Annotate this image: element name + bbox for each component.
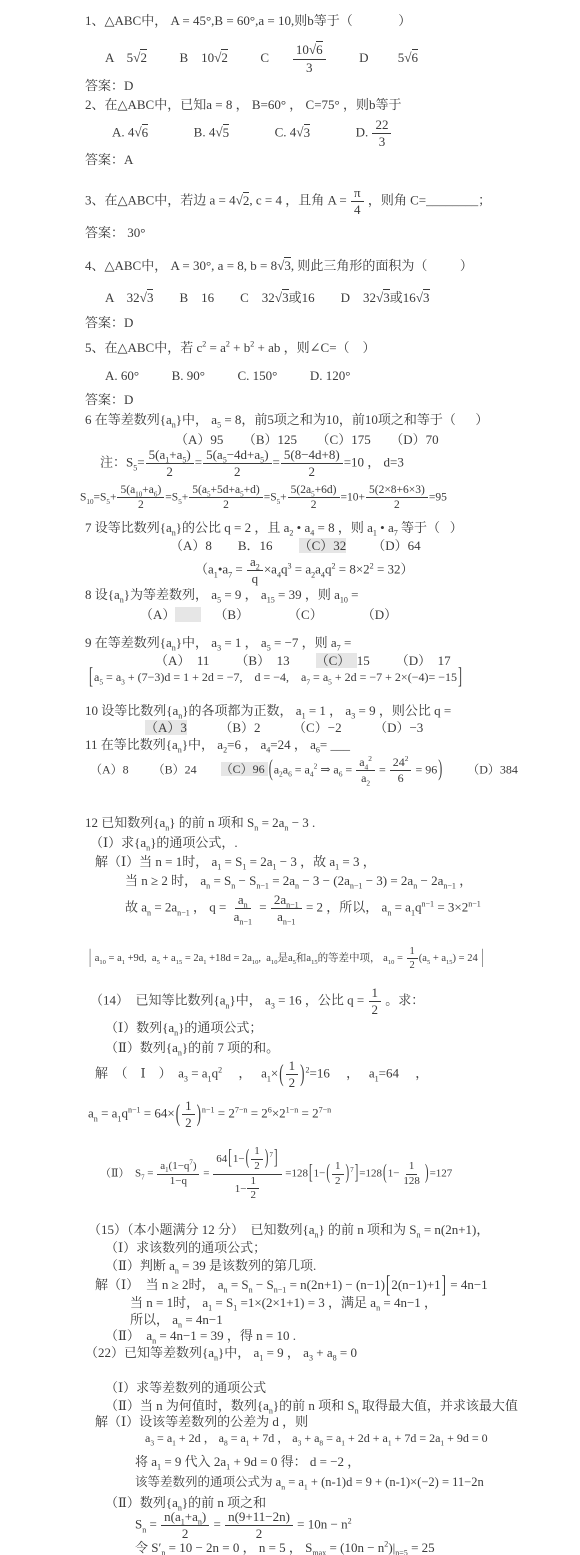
text-run: }中， a [230, 993, 271, 1008]
superscript: 7 [350, 1167, 353, 1174]
text-run: = a [206, 340, 226, 355]
text-run: − 3) = 2a [362, 873, 413, 888]
fraction: 12 [251, 1145, 263, 1174]
radical-sign-icon: √ [236, 193, 243, 208]
fraction-numerator: 2an−1 [271, 892, 302, 909]
text-run: B 10 [147, 50, 214, 65]
text-run: × [271, 1066, 278, 1081]
fraction-denominator: 1−q [167, 1175, 190, 1189]
text-run: + a [430, 953, 446, 964]
superscript: 2 [405, 754, 409, 763]
text-run: −4d+a [227, 447, 260, 462]
fraction-numerator: 10√6 [293, 42, 326, 60]
text-run: 2 [372, 1002, 379, 1017]
text-run: = S [210, 873, 231, 888]
text-run: = 1 ， a [221, 635, 267, 650]
fraction: 12 [407, 945, 418, 972]
text-run: − S [253, 1277, 274, 1292]
document-line: 1、△ABC中， A = 45°,B = 60°,a = 10,则b等于（ ） [85, 13, 411, 29]
fraction: 2an−1an−1 [271, 892, 302, 926]
sqrt-expression: √2 [214, 49, 228, 65]
subscript: 15 [267, 596, 275, 605]
text-run: A. 60° B. 90° C. 150° D. 120° [105, 368, 350, 383]
fraction-denominator: 3 [303, 60, 316, 76]
subscript: 4 [310, 770, 314, 779]
fraction-numerator: 1 [369, 985, 382, 1002]
document-line: 解（Ⅰ） 当 n ≥ 2时， an = Sn − Sn−1 = n(2n+1) … [95, 1277, 488, 1293]
sqrt-expression: √3 [275, 289, 289, 305]
text-run: 6 在等差数列{a [85, 412, 172, 427]
text-run: = [232, 562, 246, 577]
text-run: 解（Ⅰ）设该等差数列的公差为 d ，则 [95, 1414, 308, 1429]
subscript: 2 [256, 563, 260, 572]
document-line: 该等差数列的通项公式为 an = a1 + (n-1)d = 9 + (n-1)… [135, 1475, 484, 1491]
superscript: 7−n [235, 1105, 248, 1114]
fraction: a2q [247, 554, 263, 588]
text-run: 2 [289, 1075, 296, 1090]
text-run: 10 [296, 42, 309, 57]
text-run: + 2d + a [345, 1431, 388, 1445]
text-run: }的前 n 项和 S [273, 1398, 355, 1413]
text-run: 8 设{a [85, 587, 120, 602]
text-run: , 则此三角形的面积为（ ） [291, 258, 473, 273]
text-run: 答案：D [85, 392, 133, 407]
document-line: （A） （B） （C） （D） [140, 607, 397, 623]
text-run: 12 已知数列{a [85, 815, 165, 830]
fraction: π4 [351, 185, 364, 219]
superscript: 2 [368, 754, 372, 763]
fraction: 5(8−4d+8)2 [281, 447, 343, 481]
text-run: 2 [138, 499, 144, 511]
text-run: •a [218, 562, 228, 577]
text-run: ) [264, 447, 268, 462]
text-run: 5(8−4d+8) [284, 447, 340, 462]
text-run: 是a [277, 953, 292, 964]
text-run: 故 a [125, 900, 147, 915]
subscript: n−1 [350, 882, 363, 891]
text-run: − 3 . [288, 815, 315, 830]
text-run: = 39 ，则 a [275, 587, 340, 602]
text-run: （Ⅰ）求该数列的通项公式； [105, 1240, 266, 1255]
text-run: =64 ， [379, 1066, 429, 1081]
text-run: = 16 ，公比 q = [275, 993, 368, 1008]
document-line: 3、在△ABC中，若边 a = 4√2, c = 4 ，且角 A = π4 ，则… [85, 185, 491, 219]
fraction-denominator: 2 [247, 1189, 259, 1203]
fraction-numerator: a42 [356, 755, 375, 771]
fraction-numerator: an [235, 892, 251, 909]
text-run: 1 [372, 985, 379, 1000]
text-run: = 8×2 [335, 562, 369, 577]
subscript: 10 [86, 498, 93, 506]
text-run: ，则角 C=________； [365, 193, 492, 208]
fraction: 5(a5−4d+a5)2 [203, 447, 271, 481]
text-run: = 2 ，所以， a [303, 900, 388, 915]
text-run: 9 在等差数列{a [85, 635, 172, 650]
text-run: = 3 ， [339, 854, 376, 869]
text-run: + [182, 492, 189, 504]
big-delimiter: ) [425, 1161, 429, 1187]
text-run: π [354, 185, 361, 200]
text-run: = a [292, 762, 310, 776]
text-run: 2 [394, 499, 400, 511]
fraction-numerator: 5(8−4d+8) [281, 447, 343, 464]
text-run: =24 ， a [270, 737, 316, 752]
text-run: n(9+11−2n) [228, 1509, 290, 1524]
fraction-numerator: a1(1−q7) [157, 1160, 199, 1175]
text-run: +6d) [315, 484, 337, 496]
text-run: =128 [359, 1168, 382, 1180]
fraction-denominator: 2 [231, 464, 244, 480]
text-run: （Ⅱ） S [100, 1168, 141, 1180]
text-run: （22）已知等差数列{a [85, 1345, 214, 1360]
text-run: （a [195, 562, 214, 577]
text-run: （15）（本小题满分 12 分） 已知数列{a [88, 1222, 315, 1237]
radical-sign-icon: √ [404, 50, 411, 65]
text-run: （A）95 （B）125 （C）175 （D）70 [175, 432, 439, 447]
document-line: （22）已知等差数列{an}中， a1 = 9 ， a3 + a8 = 0 [85, 1345, 357, 1361]
fraction-denominator: q [249, 571, 262, 587]
fraction-denominator: 2 [251, 1160, 263, 1174]
text-run: 2 [250, 1189, 256, 1201]
text-run: = 9 ， a [221, 587, 267, 602]
text-run: = 8 ，则 a [314, 520, 373, 535]
document-line: 11 在等比数列{an}中， a2=6 ， a4=24 ， a6= ___ [85, 737, 350, 753]
subscript: n−1 [256, 882, 269, 891]
document-line: 8 设{an}为等差数列， a5 = 9 ， a15 = 39 ，则 a10 = [85, 587, 359, 603]
radicand: 6 [316, 41, 323, 57]
text-run: （A）8 （B）24 [90, 762, 221, 776]
text-run: 2 [223, 499, 229, 511]
text-run: 1− [235, 1182, 247, 1194]
text-run: 2(n−1)+1 [391, 1277, 440, 1292]
text-run: （14） 已知等比数列{a [90, 993, 226, 1008]
text-run: 10 设等比数列{a [85, 703, 178, 718]
text-run: = [210, 1517, 224, 1532]
document-line: an = a1qn−1 = 64×(12)n−1 = 27−n = 26×21−… [88, 1098, 331, 1132]
document-line: Sn = n(a1+an)2 = n(9+11−2n)2 = 10n − n2 [135, 1509, 352, 1543]
sqrt-expression: √3 [376, 289, 390, 305]
text-run: 15 （D） 17 [357, 653, 451, 668]
text-run: + b [230, 340, 250, 355]
radicand: 6 [412, 49, 419, 65]
text-run: • a [377, 520, 394, 535]
text-run: =S [165, 492, 178, 504]
text-run: 1−q [170, 1175, 187, 1187]
text-run: − 2a [417, 873, 443, 888]
text-run: 1、△ABC中， A = 45°,B = 60°,a = 10,则b等于（ ） [85, 13, 411, 28]
text-run: （B） （C） （D） [201, 607, 397, 622]
text-run: 2 [185, 1115, 192, 1130]
fraction: a1(1−q7)1−q [157, 1160, 199, 1189]
text-run: =1×(2×1+1) = 3 ，满足 a [237, 1295, 376, 1310]
text-run: （A）8 B．16 [170, 538, 299, 553]
text-run: }中， a [182, 737, 223, 752]
text-run: 2 [182, 1526, 189, 1541]
text-run: 3 [306, 60, 313, 75]
radical-sign-icon: √ [134, 125, 141, 140]
text-run: 或16 D 32 [289, 290, 376, 305]
sqrt-expression: √6 [404, 49, 418, 65]
text-run: }中， a [176, 412, 217, 427]
text-run: ×2 [272, 1106, 286, 1121]
fraction-denominator: 2 [407, 959, 418, 972]
text-run: = [341, 635, 352, 650]
text-run: ×a [264, 562, 277, 577]
text-run: }的各项都为正数， a [182, 703, 301, 718]
fraction-denominator: 3 [376, 134, 389, 150]
text-run: =10 ， d=3 [344, 455, 404, 470]
fraction: 5(2×8+6×3)2 [366, 483, 428, 513]
text-run: 1 [409, 1160, 415, 1172]
subscript: n−1 [177, 908, 190, 917]
text-run: = 2a [182, 953, 203, 964]
fraction: 1128 [400, 1160, 423, 1189]
text-run: 1− [314, 1168, 326, 1180]
text-run: ) [202, 1509, 206, 1524]
text-run: = 32） [374, 562, 414, 577]
fraction-denominator: 2 [332, 1175, 344, 1189]
text-run: 2 [166, 464, 173, 479]
text-run: ， a [222, 1066, 267, 1081]
document-line: （Ⅱ） S7 = a1(1−q7)1−q = 64[1−(12)7]1−12 =… [100, 1145, 452, 1203]
superscript: n−1 [468, 899, 481, 908]
superscript: n−1 [128, 1105, 141, 1114]
document-line: （Ⅰ）求该数列的通项公式； [105, 1240, 266, 1256]
text-run: 3、在△ABC中，若边 a = 4 [85, 193, 236, 208]
fraction: a42a2 [356, 755, 375, 786]
document-line: 答案：D [85, 392, 133, 408]
text-run: 该等差数列的通项公式为 a [135, 1475, 281, 1489]
text-run: = 39 是该数列的第几项. [179, 1258, 316, 1273]
text-run: 6 [398, 771, 404, 785]
text-run: A 5 [105, 50, 133, 65]
document-line: （A） 11 （B） 13 （C） 15 （D） 17 [155, 653, 451, 669]
text-run: 5(a [192, 484, 207, 496]
subscript: 2 [366, 778, 370, 787]
radical-sign-icon: √ [416, 290, 423, 305]
fraction-numerator: 1 [286, 1058, 299, 1075]
text-run: − S [235, 873, 256, 888]
document-line: （A）8 B．16 （C）32 （D）64 [170, 538, 421, 554]
text-run: − 3 ，故 a [277, 854, 336, 869]
text-run: = a [292, 562, 312, 577]
document-line: （14） 已知等比数列{an}中， a3 = 16 ，公比 q = 12 。求： [90, 985, 424, 1019]
text-run: = 2a [258, 815, 284, 830]
text-run: =S [94, 492, 107, 504]
text-run: C. 4 [229, 125, 296, 140]
text-run: = a [228, 1431, 246, 1445]
fraction-denominator: 2 [220, 498, 232, 512]
text-run: = [342, 762, 355, 776]
subscript: 10 [340, 596, 348, 605]
fraction-numerator: 64[1−(12)7] [213, 1145, 281, 1175]
document-line: 当 n = 1时， a1 = S1 =1×(2×1+1) = 3 ，满足 an … [130, 1295, 437, 1311]
fraction: 5(a10+a6)2 [117, 483, 164, 513]
text-run: （Ⅱ）判断 a [105, 1258, 175, 1273]
text-run: =128 [283, 1168, 308, 1180]
fraction: 12 [332, 1160, 344, 1189]
text-run: = a [323, 1431, 341, 1445]
text-run: 1 [289, 1058, 296, 1073]
text-run: A 32 [105, 290, 140, 305]
text-run: = 96 [412, 762, 437, 776]
text-run: = a [154, 1431, 172, 1445]
document-line: 7 设等比数列{an}的公比 q = 2 ，且 a2 • a4 = 8 ，则 a… [85, 520, 463, 536]
text-run: 5、在△ABC中，若 c [85, 340, 202, 355]
fraction-denominator: 2 [391, 498, 403, 512]
document-line: | a10 = a1 +9d, a5 + a15 = 2a1 +18d = 2a… [88, 945, 484, 972]
text-run: 5(2a [291, 484, 311, 496]
text-run: = 3×2 [434, 900, 468, 915]
fraction-denominator: 1−12 [232, 1175, 263, 1204]
text-run: +a [185, 1509, 198, 1524]
text-run: 所以， a [130, 1312, 178, 1327]
subscript: n−1 [239, 918, 252, 927]
big-delimiter: ( [269, 755, 273, 784]
text-run: = [348, 587, 359, 602]
fraction-denominator: 2 [135, 498, 147, 512]
superscript: 7−n [319, 1105, 332, 1114]
subscript: n [244, 901, 248, 910]
fraction-numerator: 5(a5+5d+a5+d) [189, 483, 262, 498]
fraction-numerator: 242 [390, 755, 412, 771]
text-run: = [195, 455, 202, 470]
fraction: n(a1+an)2 [161, 1509, 209, 1543]
text-run: + 7d = 2a [392, 1431, 441, 1445]
fraction: 5(2a5+6d)2 [288, 483, 340, 513]
document-line: 答案：D [85, 315, 133, 331]
text-run: + a [313, 1345, 333, 1360]
document-line: 2、在△ABC中，已知a = 8 ， B=60° ， C=75° ，则b等于 [85, 97, 401, 113]
superscript: n−1 [421, 899, 434, 908]
text-run: 取得最大值，并求该最大值 [359, 1398, 518, 1413]
text-run: = ___ [320, 737, 350, 752]
text-run: 5(a [120, 484, 135, 496]
sqrt-expression: √6 [134, 124, 148, 140]
text-run: + a [160, 953, 176, 964]
text-run: 3 [379, 134, 386, 149]
big-delimiter: ( [246, 1146, 250, 1172]
text-run: = 25 [408, 1540, 435, 1555]
text-run: (a [419, 953, 427, 964]
fraction: 64[1−(12)7]1−12 [213, 1145, 281, 1203]
text-run: = a [391, 900, 411, 915]
text-run: 22 [375, 117, 388, 132]
text-run: }的公比 q = 2 ，且 a [176, 520, 290, 535]
text-run: 将 a [135, 1454, 157, 1469]
text-run: 当 n ≥ 2 时， a [125, 873, 206, 888]
text-run: + (n-1)d = 9 + (n-1)×(−2) = 11−2n [308, 1475, 484, 1489]
text-run: = [200, 1168, 212, 1180]
document-line: 9 在等差数列{an}中， a3 = 1 ， a5 = −7 ，则 a7 = [85, 635, 351, 651]
document-line: （A）3 （B）2 （C）−2 （D）−3 [145, 720, 423, 736]
text-run: 11 在等比数列{a [85, 737, 178, 752]
text-run: +9d, a [125, 953, 157, 964]
document-line: 12 已知数列{an} 的前 n 项和 Sn = 2an − 3 . [85, 815, 315, 831]
text-run: （A） 11 （B） 13 [155, 653, 316, 668]
text-run: ) = 24 [453, 953, 481, 964]
big-delimiter: [ [89, 663, 93, 692]
document-line: 当 n ≥ 2 时， an = Sn − Sn−1 = 2an − 3 − (2… [125, 873, 472, 889]
fraction: 12 [247, 1175, 259, 1204]
document-line: A 5√2 B 10√2 C 10√63 D 5√6 [105, 42, 418, 76]
document-line: （Ⅰ）数列{an}的通项公式； [105, 1020, 262, 1036]
text-run: }的前 7 项的和。 [182, 1040, 279, 1055]
text-run: = 4n−1 [182, 1312, 223, 1327]
superscript: 7 [269, 1152, 272, 1159]
text-run: 4、△ABC中， A = 30°, a = 8, b = 8 [85, 258, 277, 273]
big-delimiter: ) [438, 755, 442, 784]
document-line: 答案：A [85, 152, 133, 168]
text-run: 当 n = 1时， a [130, 1295, 208, 1310]
text-run: ) [186, 447, 190, 462]
radical-sign-icon: √ [140, 290, 147, 305]
document-line: 答案：D [85, 78, 133, 94]
text-run: 5(a [149, 447, 166, 462]
text-run: = a [98, 1106, 118, 1121]
text-run: 解（Ⅰ）当 n = 1时， a [95, 854, 217, 869]
text-run: + [110, 492, 117, 504]
big-delimiter: ( [279, 1058, 283, 1089]
subscript: max [312, 1549, 326, 1555]
subscript: n−1 [274, 1286, 287, 1295]
document-line: a3 = a1 + 2d ， a8 = a1 + 7d ， a3 + a8 = … [145, 1431, 488, 1446]
fraction-numerator: 1 [332, 1160, 344, 1175]
text-run: − 3 − (2a [299, 873, 350, 888]
big-delimiter: ] [442, 1269, 446, 1300]
document-line: （Ⅱ） an = 4n−1 = 39 ，得 n = 10 . [105, 1328, 296, 1344]
text-run [175, 607, 201, 622]
text-run: （Ⅱ）数列{a [105, 1495, 178, 1510]
text-run: 的等差中项， a [318, 953, 388, 964]
big-delimiter: ( [326, 1161, 330, 1187]
text-run: + 7d ， a [250, 1431, 298, 1445]
radical-sign-icon: √ [275, 290, 282, 305]
text-run: 解（Ⅰ） 当 n ≥ 2时， a [95, 1277, 224, 1292]
fraction: 5(a1+a5)2 [146, 447, 194, 481]
text-run: 1 [254, 1145, 260, 1157]
text-run: = S [212, 1295, 233, 1310]
text-run: 答案：A [85, 152, 133, 167]
text-run: = [145, 1168, 157, 1180]
fraction-numerator: a2 [247, 554, 263, 571]
text-run: = −7 ，则 a [271, 635, 337, 650]
big-delimiter: ) [346, 1161, 350, 1187]
text-run: , c = 4 ，且角 A = [249, 193, 350, 208]
document-line: （Ⅱ）当 n 为何值时，数列{an}的前 n 项和 Sn 取得最大值，并求该最大… [105, 1398, 518, 1414]
big-delimiter: | [89, 946, 91, 971]
sqrt-expression: √3 [296, 124, 310, 140]
fraction: anan−1 [231, 892, 255, 926]
text-run: C [228, 50, 292, 65]
document-line: （Ⅱ）判断 an = 39 是该数列的第几项. [105, 1258, 316, 1274]
text-run: = 1 ， a [306, 703, 352, 718]
fraction-numerator: 5(2a5+6d) [288, 483, 340, 498]
text-run: 2 [234, 464, 241, 479]
text-run: +18d = 2a [207, 953, 252, 964]
document-line: （a1•a7 = a2q×a4q3 = a2a4q2 = 8×22 = 32） [195, 554, 414, 588]
text-run: （Ⅰ）数列{a [105, 1020, 174, 1035]
text-run: 1 [410, 946, 415, 957]
document-line: 注：S5=5(a1+a5)2=5(a5−4d+a5)2=5(8−4d+8)2=1… [100, 447, 404, 481]
text-run: +5d+a [211, 484, 241, 496]
fraction-denominator: 2 [369, 1002, 382, 1018]
document-line: S10=S5+5(a10+a6)2=S5+5(a5+5d+a5+d)2=S5+5… [80, 483, 447, 513]
big-delimiter: ) [197, 1098, 201, 1129]
text-run: 和a [296, 953, 311, 964]
fraction: n(9+11−2n)2 [225, 1509, 293, 1543]
text-run: = 0 [337, 1345, 357, 1360]
